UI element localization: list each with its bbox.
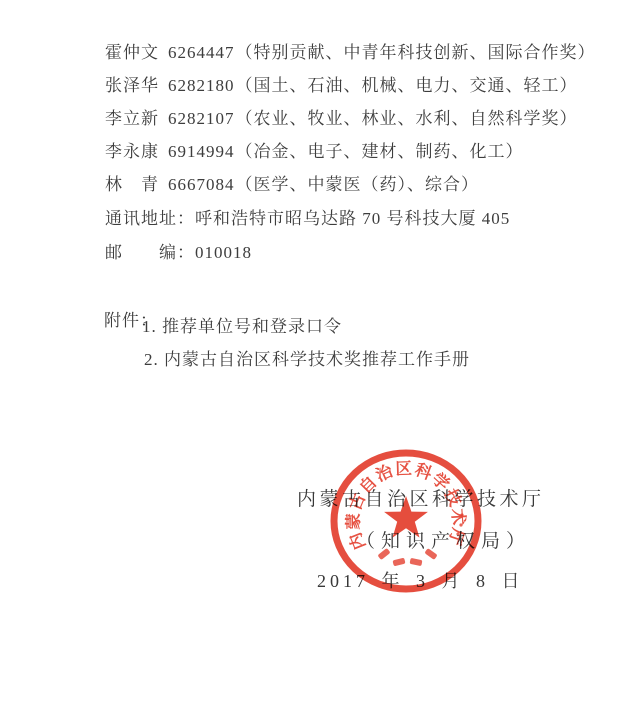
document-page: 霍仲文 6264447 （特别贡献、中青年科技创新、国际合作奖） 张泽华 628…	[0, 0, 625, 711]
contact-name: 张泽华	[105, 77, 159, 94]
postcode-line: 邮 编：010018	[105, 244, 252, 261]
contact-phone: 6264447	[168, 44, 235, 61]
contact-award-categories: （农业、牧业、林业、水利、自然科学奖）	[236, 110, 578, 127]
contact-award-categories: （国土、石油、机械、电力、交通、轻工）	[236, 77, 578, 94]
contact-award-categories: （特别贡献、中青年科技创新、国际合作奖）	[236, 44, 596, 61]
contact-phone: 6282180	[168, 77, 235, 94]
contact-phone: 6667084	[168, 176, 235, 193]
contact-phone: 6914994	[168, 143, 235, 160]
signature-suborg: （知识产权局）	[356, 526, 531, 553]
signature-org: 内蒙古自治区科学技术厅	[297, 484, 545, 511]
contact-award-categories: （冶金、电子、建材、制药、化工）	[236, 143, 524, 160]
contact-row: 霍仲文 6264447 （特别贡献、中青年科技创新、国际合作奖）	[105, 44, 596, 61]
contact-name: 李永康	[105, 143, 159, 160]
contact-row: 张泽华 6282180 （国土、石油、机械、电力、交通、轻工）	[105, 77, 578, 94]
contact-name: 霍仲文	[105, 44, 159, 61]
contact-row: 李立新 6282107 （农业、牧业、林业、水利、自然科学奖）	[105, 110, 578, 127]
contact-name: 李立新	[105, 110, 159, 127]
attachment-item: 2. 内蒙古自治区科学技术奖推荐工作手册	[144, 345, 470, 370]
contact-award-categories: （医学、中蒙医（药）、综合）	[236, 176, 480, 193]
contact-row: 林 青 6667084 （医学、中蒙医（药）、综合）	[105, 176, 479, 193]
address-line: 通讯地址：呼和浩特市昭乌达路 70 号科技大厦 405	[105, 210, 510, 227]
attachment-item: 1. 推荐单位号和登录口令	[142, 312, 342, 337]
signature-date: 2017 年 3 月 8 日	[317, 567, 524, 593]
contact-phone: 6282107	[168, 110, 235, 127]
contact-row: 李永康 6914994 （冶金、电子、建材、制药、化工）	[105, 143, 524, 160]
contact-name: 林 青	[105, 176, 159, 193]
